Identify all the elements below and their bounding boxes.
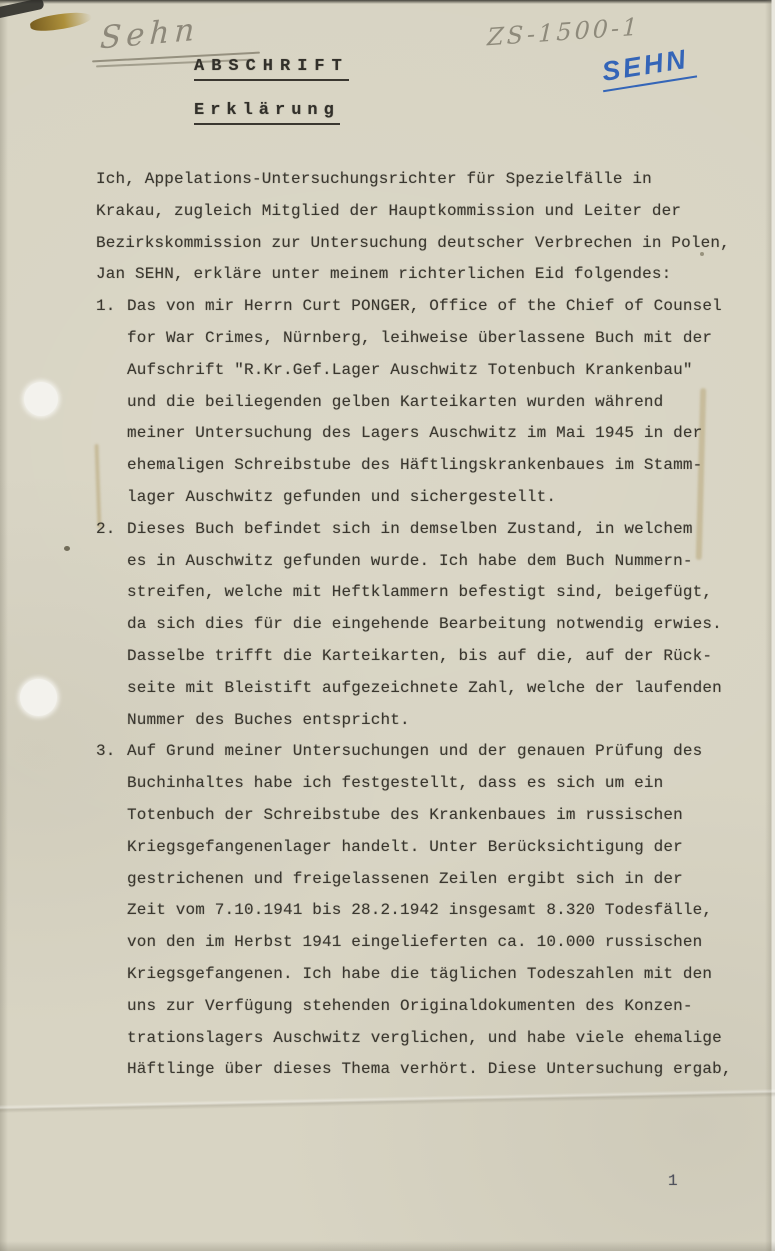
list-item-line: Kriegsgefangenen. Ich habe die täglichen… <box>127 959 758 991</box>
list-item-line: meiner Untersuchung des Lagers Auschwitz… <box>127 418 758 450</box>
page-number: 1 <box>668 1172 678 1190</box>
document-page: Sehn ZS-1500-1 SEHN ABSCHRIFT Erklärung … <box>0 0 775 1251</box>
list-item-number: 2. <box>96 514 127 737</box>
list-item-line: seite mit Bleistift aufgezeichnete Zahl,… <box>127 673 758 705</box>
list-item-line: trationslagers Auschwitz verglichen, und… <box>127 1023 758 1055</box>
list-item-line: und die beiliegenden gelben Karteikarten… <box>127 387 758 419</box>
list-item-line: lager Auschwitz gefunden und sichergeste… <box>127 482 758 514</box>
list-item-line: Aufschrift "R.Kr.Gef.Lager Auschwitz Tot… <box>127 355 758 387</box>
intro-line: Jan SEHN, erkläre unter meinem richterli… <box>96 259 758 291</box>
list-item-line: ehemaligen Schreibstube des Häftlingskra… <box>127 450 758 482</box>
intro-line: Ich, Appelations-Untersuchungsrichter fü… <box>96 164 758 196</box>
list-item-line: Totenbuch der Schreibstube des Krankenba… <box>127 800 758 832</box>
list-item-line: Dasselbe trifft die Karteikarten, bis au… <box>127 641 758 673</box>
intro-paragraph: Ich, Appelations-Untersuchungsrichter fü… <box>96 164 758 291</box>
document-body: Ich, Appelations-Untersuchungsrichter fü… <box>96 164 758 1086</box>
list-item-3: 3. Auf Grund meiner Untersuchungen und d… <box>96 736 758 1086</box>
document-title: ABSCHRIFT <box>194 57 349 81</box>
list-item-line: Zeit vom 7.10.1941 bis 28.2.1942 insgesa… <box>127 895 758 927</box>
tape-stain <box>29 9 93 34</box>
list-item-line: uns zur Verfügung stehenden Originaldoku… <box>127 991 758 1023</box>
list-item-line: Häftlinge über dieses Thema verhört. Die… <box>127 1054 758 1086</box>
archive-reference-pencil: ZS-1500-1 <box>487 13 641 52</box>
list-item-2: 2. Dieses Buch befindet sich in demselbe… <box>96 514 758 737</box>
list-item-line: Auf Grund meiner Untersuchungen und der … <box>127 736 758 768</box>
document-subtitle: Erklärung <box>194 101 340 125</box>
ink-speck <box>64 546 70 551</box>
list-item-line: Kriegsgefangenenlager handelt. Unter Ber… <box>127 832 758 864</box>
list-item-1: 1. Das von mir Herrn Curt PONGER, Office… <box>96 291 758 514</box>
handwritten-name-pencil: Sehn <box>99 12 200 57</box>
scan-edge-left <box>0 0 8 1251</box>
list-item-line: Dieses Buch befindet sich in demselben Z… <box>127 514 758 546</box>
scan-edge-right <box>765 0 775 1251</box>
list-item-number: 3. <box>96 736 127 1086</box>
list-item-line: da sich dies für die eingehende Bearbeit… <box>127 609 758 641</box>
list-item-line: es in Auschwitz gefunden wurde. Ich habe… <box>127 546 758 578</box>
scan-edge-top <box>0 0 775 4</box>
list-item-line: Buchinhaltes habe ich festgestellt, dass… <box>127 768 758 800</box>
handwritten-name-blue: SEHN <box>598 43 697 92</box>
punch-hole-top <box>24 382 58 416</box>
list-item-line: Nummer des Buches entspricht. <box>127 705 758 737</box>
list-item-line: von den im Herbst 1941 eingelieferten ca… <box>127 927 758 959</box>
intro-line: Krakau, zugleich Mitglied der Hauptkommi… <box>96 196 758 228</box>
list-item-line: gestrichenen und freigelassenen Zeilen e… <box>127 864 758 896</box>
punch-hole-bottom <box>20 679 57 716</box>
list-item-line: streifen, welche mit Heftklammern befest… <box>127 577 758 609</box>
intro-line: Bezirkskommission zur Untersuchung deuts… <box>96 228 758 260</box>
list-item-line: for War Crimes, Nürnberg, leihweise über… <box>127 323 758 355</box>
list-item-number: 1. <box>96 291 127 514</box>
scan-edge-bottom <box>0 1241 775 1251</box>
list-item-line: Das von mir Herrn Curt PONGER, Office of… <box>127 291 758 323</box>
